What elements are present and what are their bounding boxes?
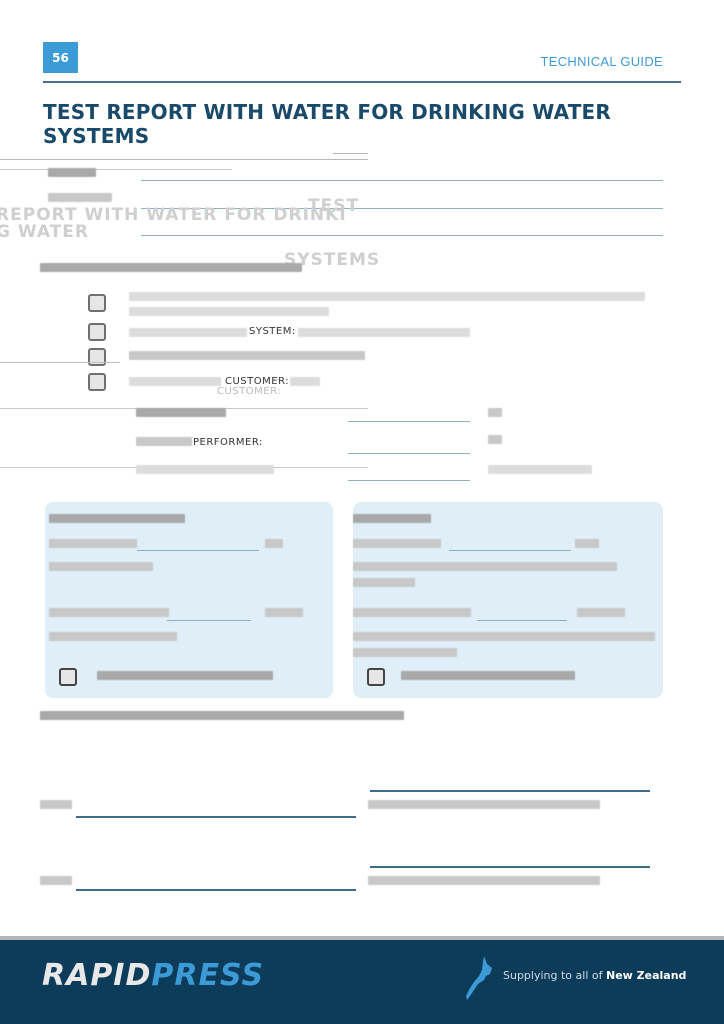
- redacted-unit: [575, 539, 599, 548]
- redacted-panel-text: [49, 562, 153, 571]
- section-label: TECHNICAL GUIDE: [541, 54, 663, 69]
- checklist-checkbox-1[interactable]: [88, 294, 106, 312]
- subfield-line-3[interactable]: [348, 480, 470, 481]
- logo-rapid: RAPID: [42, 958, 151, 993]
- left-panel-checkbox[interactable]: [59, 668, 77, 686]
- ghost-test-text: TEST: [308, 196, 359, 216]
- field-line-3[interactable]: [141, 235, 663, 236]
- signature-line-left-2[interactable]: [76, 889, 356, 891]
- redacted-panel-label: [353, 608, 471, 617]
- logo-press: PRESS: [151, 958, 264, 993]
- customer-ghost-label: CUSTOMER:: [217, 386, 281, 397]
- redacted-intro-text: [40, 263, 302, 272]
- redacted-checklist-text: [129, 377, 221, 386]
- form-top-rule-short: [333, 153, 368, 154]
- redacted-unit: [577, 608, 625, 617]
- redacted-unit: [265, 608, 303, 617]
- redacted-checklist-text: [129, 328, 247, 337]
- redacted-unit: [488, 465, 592, 474]
- redacted-panel-text: [353, 562, 617, 571]
- signature-line-left-1[interactable]: [76, 816, 356, 818]
- checklist-checkbox-3[interactable]: [88, 348, 106, 366]
- redacted-unit: [488, 408, 502, 417]
- redacted-panel-heading: [353, 514, 431, 523]
- redacted-sign-caption: [368, 800, 600, 809]
- redacted-checkbox-text: [401, 671, 575, 680]
- redacted-sign-label: [40, 876, 72, 885]
- redacted-unit: [265, 539, 283, 548]
- panel-field-line[interactable]: [167, 620, 251, 621]
- redacted-label: [48, 168, 96, 177]
- redacted-sign-caption: [368, 876, 600, 885]
- redacted-panel-text: [353, 578, 415, 587]
- page-number: 56: [43, 42, 78, 73]
- performer-label: PERFORMER:: [193, 437, 263, 448]
- redacted-note: [40, 711, 404, 720]
- redacted-checklist-text: [129, 351, 365, 360]
- redacted-subfield-label: [136, 437, 192, 446]
- subfield-line-1[interactable]: [348, 421, 470, 422]
- redacted-checkbox-text: [97, 671, 273, 680]
- page-title: TEST REPORT WITH WATER FOR DRINKING WATE…: [43, 100, 643, 148]
- redacted-panel-heading: [49, 514, 185, 523]
- form-top-rule: [0, 159, 368, 160]
- redacted-checklist-text: [290, 377, 320, 386]
- redacted-subfield-label: [136, 465, 274, 474]
- signature-line-right-2[interactable]: [370, 866, 650, 868]
- checklist-checkbox-4[interactable]: [88, 373, 106, 391]
- left-test-panel: [45, 502, 333, 698]
- redacted-checklist-text: [298, 328, 470, 337]
- panel-field-line[interactable]: [477, 620, 567, 621]
- redacted-subfield-label: [136, 408, 226, 417]
- redacted-panel-text: [353, 632, 655, 641]
- panel-field-line[interactable]: [137, 550, 259, 551]
- footer-tagline: Supplying to all of New Zealand: [503, 969, 686, 982]
- form-rule-2: [0, 169, 232, 170]
- subfield-line-2[interactable]: [348, 453, 470, 454]
- redacted-checklist-text: [129, 292, 645, 301]
- header-divider: [43, 81, 681, 83]
- redacted-unit: [488, 435, 502, 444]
- form-rule-3: [0, 362, 120, 363]
- field-line-1[interactable]: [141, 180, 663, 181]
- redacted-panel-text: [353, 648, 457, 657]
- right-panel-checkbox[interactable]: [367, 668, 385, 686]
- signature-line-right-1[interactable]: [370, 790, 650, 792]
- redacted-panel-label: [49, 608, 169, 617]
- panel-field-line[interactable]: [449, 550, 571, 551]
- tagline-bold: New Zealand: [606, 969, 686, 982]
- right-test-panel: [353, 502, 663, 698]
- footer-top-strip: [0, 936, 724, 940]
- rapidpress-logo: RAPIDPRESS: [42, 958, 264, 993]
- ghost-title-text-2: G WATER: [0, 222, 89, 242]
- redacted-panel-label: [353, 539, 441, 548]
- redacted-sign-label: [40, 800, 72, 809]
- checklist-checkbox-2[interactable]: [88, 323, 106, 341]
- redacted-panel-text: [49, 632, 177, 641]
- new-zealand-map-icon: [464, 954, 500, 1002]
- tagline-prefix: Supplying to all of: [503, 969, 606, 982]
- redacted-panel-label: [49, 539, 137, 548]
- redacted-checklist-text: [129, 307, 329, 316]
- system-label: SYSTEM:: [249, 326, 296, 337]
- redacted-label: [48, 193, 112, 202]
